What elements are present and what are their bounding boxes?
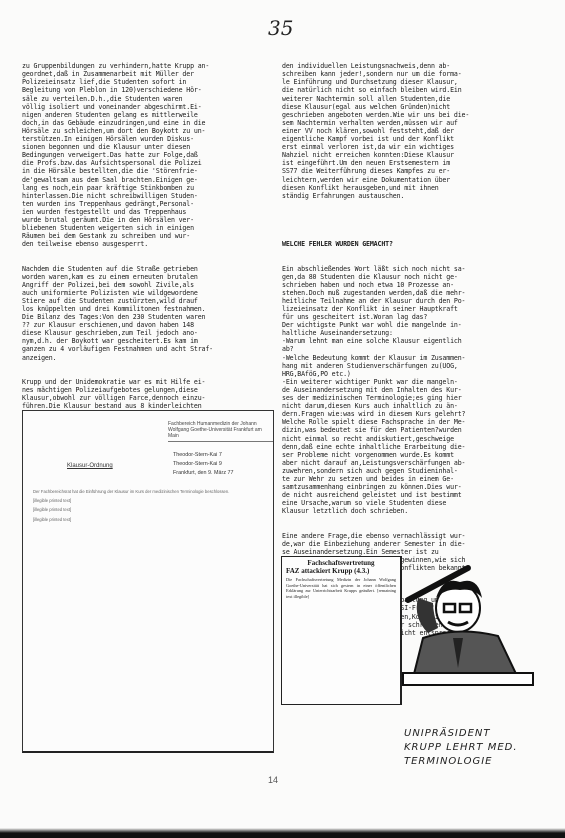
- clipping-header: Fachschaftsvertretung: [282, 559, 400, 567]
- section-heading: WELCHE FEHLER WURDEN GEMACHT?: [282, 240, 552, 248]
- cartoon-caption: UNIPRÄSIDENT KRUPP LEHRT MED. TERMINOLOG…: [404, 727, 554, 769]
- leaflet-address: Theodor-Stern-Kai 7 Theodor-Stern-Kai 9 …: [173, 451, 273, 478]
- leaflet-body: Der Fachbereichsrat hat die Einführung d…: [33, 489, 265, 526]
- paragraph: Nachdem die Studenten auf die Straße get…: [22, 265, 277, 362]
- newspaper-clipping: Fachschaftsvertretung FAZ attackiert Kru…: [281, 556, 402, 705]
- left-text-column: zu Gruppenbildungen zu verhindern,hatte …: [22, 46, 277, 443]
- cartoon-illustration-icon: [398, 558, 538, 688]
- embedded-leaflet: Fachbereich Humanmedizin der Johann Wolf…: [22, 410, 274, 753]
- scan-edge-shadow: [0, 828, 565, 838]
- page-number-top: 35: [268, 16, 293, 40]
- clipping-subheader: FAZ attackiert Krupp (4.3.): [282, 567, 400, 575]
- paragraph: zu Gruppenbildungen zu verhindern,hatte …: [22, 62, 277, 248]
- paragraph: den individuellen Leistungsnachweis,denn…: [282, 62, 552, 200]
- leaflet-sender: Fachbereich Humanmedizin der Johann Wolf…: [168, 421, 273, 442]
- page-number-bottom: 14: [268, 775, 278, 785]
- leaflet-title: Klausur-Ordnung: [67, 463, 113, 469]
- clipping-body: Die Fachschaftsvertretung Medizin der Jo…: [282, 575, 400, 601]
- paragraph: Ein abschließendes Wort läßt sich noch n…: [282, 265, 552, 516]
